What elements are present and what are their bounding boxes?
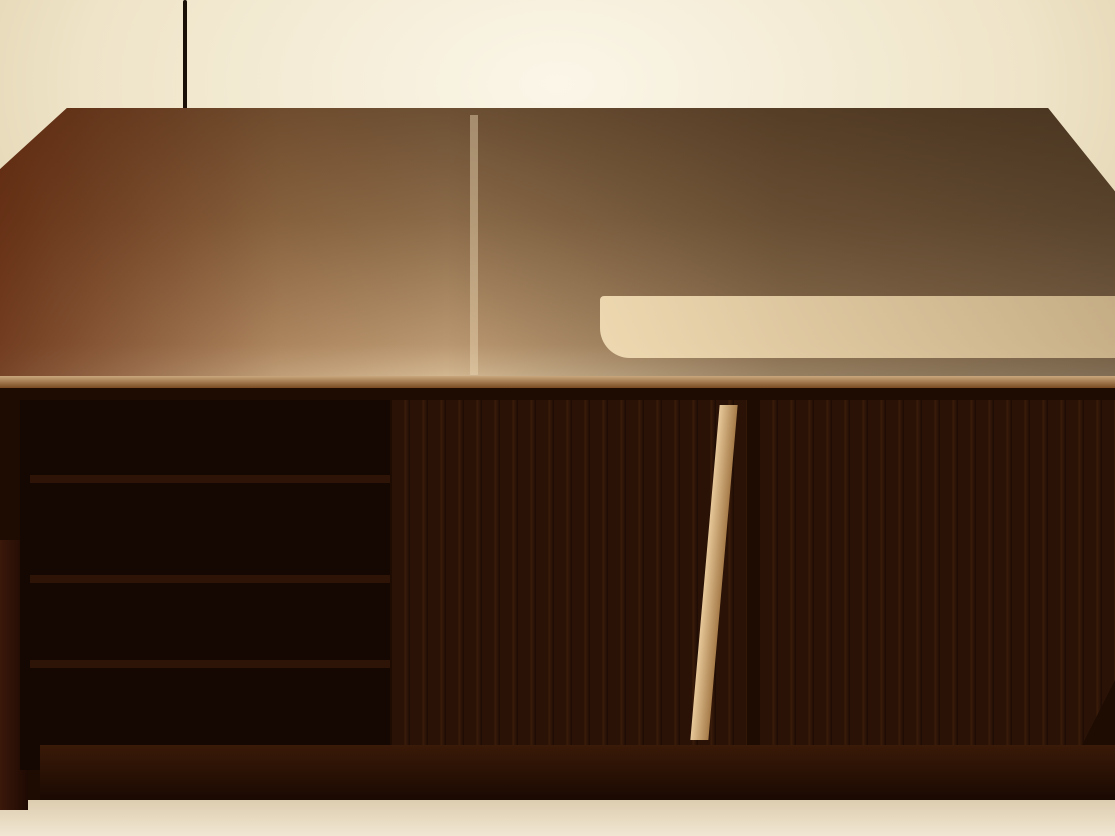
- shelf: [30, 575, 390, 583]
- worn-patch: [600, 296, 1115, 358]
- top-seam: [470, 115, 478, 375]
- cabinet-base: [40, 745, 1115, 800]
- tambour-door-right: [760, 400, 1115, 750]
- power-cable: [183, 0, 187, 110]
- shelf-section: [20, 400, 390, 770]
- cabinet-top-edge: [0, 376, 1115, 388]
- shelf: [30, 475, 390, 483]
- shelf: [30, 660, 390, 668]
